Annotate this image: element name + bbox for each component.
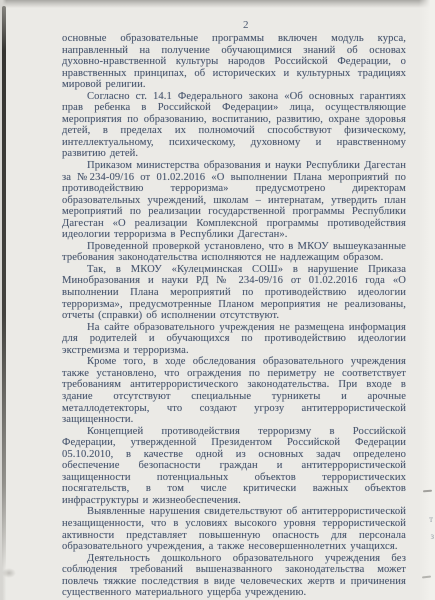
paragraph: Выявленные нарушения свидетельствуют об … (62, 506, 406, 552)
paragraph: Концепцией противодействия терроризму в … (62, 426, 406, 507)
scan-smudge (2, 568, 16, 578)
scan-edge-top-shadow (0, 0, 435, 8)
paragraph: Так, в МКОУ «Кулецминская СОШ» в нарушен… (62, 264, 406, 322)
scanned-document-page: 2 основные образовательные программы вкл… (0, 0, 435, 600)
scan-edge-left-shadow (2, 6, 6, 568)
page-number: 2 (243, 19, 249, 31)
paragraph: Деятельность дошкольного образовательног… (62, 553, 406, 599)
scan-artifact-bleed-mark: з (430, 531, 434, 541)
document-body: основные образовательные программы включ… (62, 33, 406, 599)
paragraph: Согласно ст. 14.1 Федерального закона «О… (62, 91, 406, 160)
scan-artifact-bleed-mark: т (429, 514, 433, 524)
paragraph: основные образовательные программы включ… (62, 33, 406, 91)
paragraph: Кроме того, в ходе обследования образова… (62, 356, 406, 425)
paragraph: Проведенной проверкой установлено, что в… (62, 241, 406, 264)
paragraph: На сайте образовательного учреждения не … (62, 322, 406, 357)
paragraph: Приказом министерства образования и наук… (62, 160, 406, 241)
scan-edge-right-band (419, 0, 435, 600)
